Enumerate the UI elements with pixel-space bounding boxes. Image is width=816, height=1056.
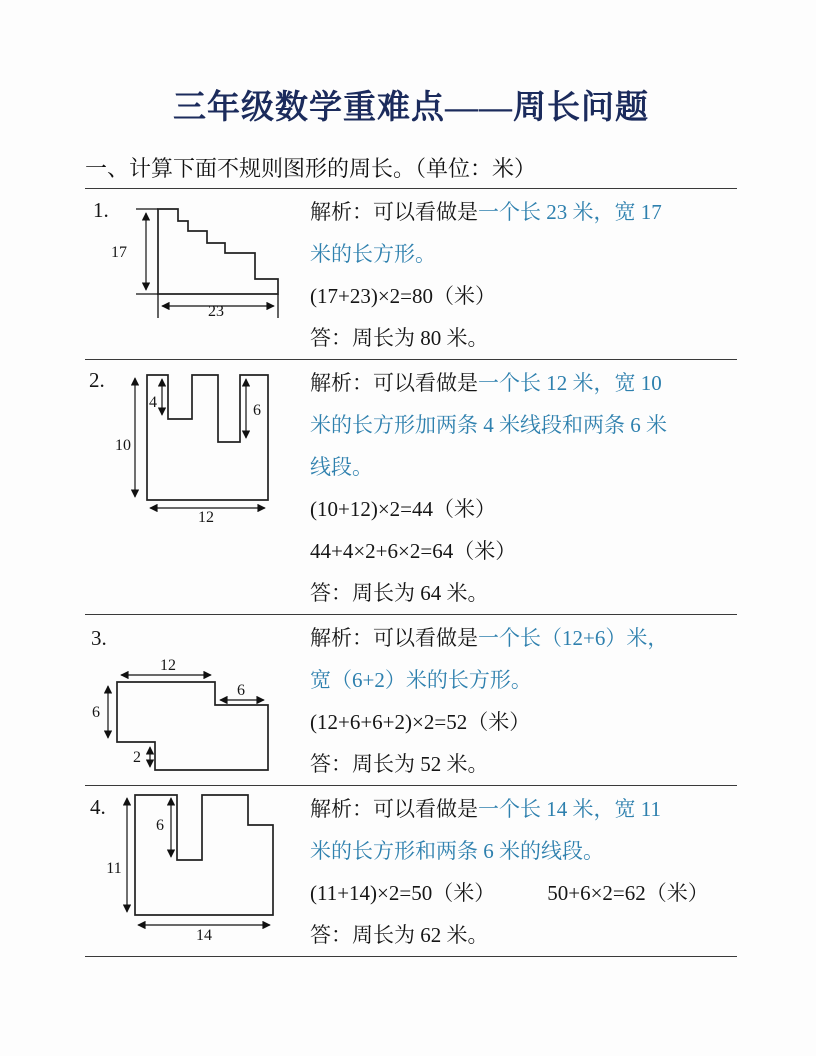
section-heading: 一、计算下面不规则图形的周长。（单位：米）: [85, 154, 737, 184]
highlighted-text: 米的长方形和两条 6 米的线段。: [310, 839, 604, 863]
solution-line: 答：周长为 64 米。: [310, 572, 737, 614]
problem-list: 1. 17 23 解析：可以看做是一个长 23 米，宽 17米的长方形。(17+…: [85, 188, 737, 956]
bottom-divider: [85, 956, 737, 957]
highlighted-text: 一个长 12 米，宽 10: [478, 371, 662, 395]
problem-row-1: 1. 17 23 解析：可以看做是一个长 23 米，宽 17米的长方形。(17+…: [85, 188, 737, 359]
solution-line: 解析：可以看做是一个长 12 米，宽 10: [310, 362, 737, 404]
shape-outline: [158, 209, 278, 294]
dimension-label: 11: [106, 860, 121, 877]
solution-text: 解析：可以看做是: [310, 371, 478, 395]
solution-line: 44+4×2+6×2=64（米）: [310, 530, 737, 572]
problem-number: 1.: [93, 198, 109, 222]
highlighted-text: 米的长方形。: [310, 242, 436, 266]
zigzag-figure: 3. 12 6 6 2: [85, 617, 310, 785]
solution-text: 答：周长为 52 米。: [310, 752, 489, 776]
dimension-label: 14: [196, 927, 212, 944]
solution-line: (17+23)×2=80（米）: [310, 275, 737, 317]
highlighted-text: 一个长（12+6）米，: [478, 626, 668, 650]
solution-text: 解析：可以看做是: [310, 626, 478, 650]
problem-row-4: 4. 11 6 14 解析：可以看做是一个长 14 米，宽 11米的长方形和两条…: [85, 785, 737, 956]
solution-text: (11+14)×2=50（米）: [310, 881, 495, 905]
solution-line: (10+12)×2=44（米）: [310, 488, 737, 530]
solution-line: 米的长方形加两条 4 米线段和两条 6 米: [310, 404, 737, 446]
solution-line: 宽（6+2）米的长方形。: [310, 659, 737, 701]
solution-line: (12+6+6+2)×2=52（米）: [310, 701, 737, 743]
solution-text: (10+12)×2=44（米）: [310, 497, 496, 521]
dimension-label: 12: [198, 509, 214, 526]
problem-number: 4.: [90, 795, 106, 819]
dimension-label: 6: [156, 817, 164, 834]
dimension-label: 2: [133, 749, 141, 766]
problem-3-diagram: 3. 12 6 6 2: [85, 615, 310, 785]
shape-outline: [135, 795, 273, 915]
dimension-label: 4: [149, 394, 157, 411]
solution-line: 解析：可以看做是一个长（12+6）米，: [310, 617, 737, 659]
highlighted-text: 一个长 23 米，宽 17: [478, 200, 662, 224]
solution-text: 答：周长为 62 米。: [310, 923, 489, 947]
solution-text: (12+6+6+2)×2=52（米）: [310, 710, 530, 734]
solution-text: (17+23)×2=80（米）: [310, 284, 496, 308]
dimension-label: 6: [237, 682, 245, 699]
dimension-label: 10: [115, 437, 131, 454]
highlighted-text: 米的长方形加两条 4 米线段和两条 6 米: [310, 413, 667, 437]
notched-rectangle-figure: 4. 11 6 14: [85, 788, 310, 948]
dimension-label: 6: [92, 704, 100, 721]
problem-3-solution: 解析：可以看做是一个长（12+6）米，宽（6+2）米的长方形。(12+6+6+2…: [310, 615, 737, 785]
dimension-label: 17: [111, 244, 127, 261]
solution-text: 答：周长为 80 米。: [310, 326, 489, 350]
problem-1-diagram: 1. 17 23: [85, 189, 310, 359]
solution-text: 44+4×2+6×2=64（米）: [310, 539, 516, 563]
solution-line: 答：周长为 52 米。: [310, 743, 737, 785]
solution-text: 50+6×2=62（米）: [547, 881, 709, 905]
solution-line: 米的长方形。: [310, 233, 737, 275]
page-title: 三年级数学重难点——周长问题: [85, 88, 737, 128]
worksheet-page: 三年级数学重难点——周长问题 一、计算下面不规则图形的周长。（单位：米） 1.: [0, 0, 816, 1056]
solution-line: 解析：可以看做是一个长 14 米，宽 11: [310, 788, 737, 830]
dimension-label: 12: [160, 657, 176, 674]
shape-outline: [147, 375, 268, 500]
problem-1-solution: 解析：可以看做是一个长 23 米，宽 17米的长方形。(17+23)×2=80（…: [310, 189, 737, 359]
problem-4-solution: 解析：可以看做是一个长 14 米，宽 11米的长方形和两条 6 米的线段。(11…: [310, 786, 737, 956]
highlighted-text: 一个长 14 米，宽 11: [478, 797, 661, 821]
solution-line: 解析：可以看做是一个长 23 米，宽 17: [310, 191, 737, 233]
problem-number: 2.: [89, 368, 105, 392]
dimension-label: 6: [253, 402, 261, 419]
highlighted-text: 宽（6+2）米的长方形。: [310, 668, 532, 692]
solution-line: 米的长方形和两条 6 米的线段。: [310, 830, 737, 872]
solution-line: 答：周长为 62 米。: [310, 914, 737, 956]
problem-row-2: 2. 10 4 6 12 解析：可以看做是一个长 12 米，宽 10米的长方形加…: [85, 359, 737, 614]
dimension-label: 23: [208, 303, 224, 320]
solution-text: 答：周长为 64 米。: [310, 581, 489, 605]
solution-line: (11+14)×2=50（米）50+6×2=62（米）: [310, 872, 737, 914]
solution-text: 解析：可以看做是: [310, 200, 478, 224]
problem-2-diagram: 2. 10 4 6 12: [85, 360, 310, 614]
problem-4-diagram: 4. 11 6 14: [85, 786, 310, 956]
problem-2-solution: 解析：可以看做是一个长 12 米，宽 10米的长方形加两条 4 米线段和两条 6…: [310, 360, 737, 614]
problem-row-3: 3. 12 6 6 2 解析：可以看做是一个长（12+6）米，宽（6+2）米的长…: [85, 614, 737, 785]
staircase-figure: 1. 17 23: [85, 191, 310, 357]
notched-square-figure: 2. 10 4 6 12: [85, 362, 310, 614]
solution-line: 答：周长为 80 米。: [310, 317, 737, 359]
solution-text: 解析：可以看做是: [310, 797, 478, 821]
solution-line: 线段。: [310, 446, 737, 488]
highlighted-text: 线段。: [310, 455, 373, 479]
problem-number: 3.: [91, 626, 107, 650]
